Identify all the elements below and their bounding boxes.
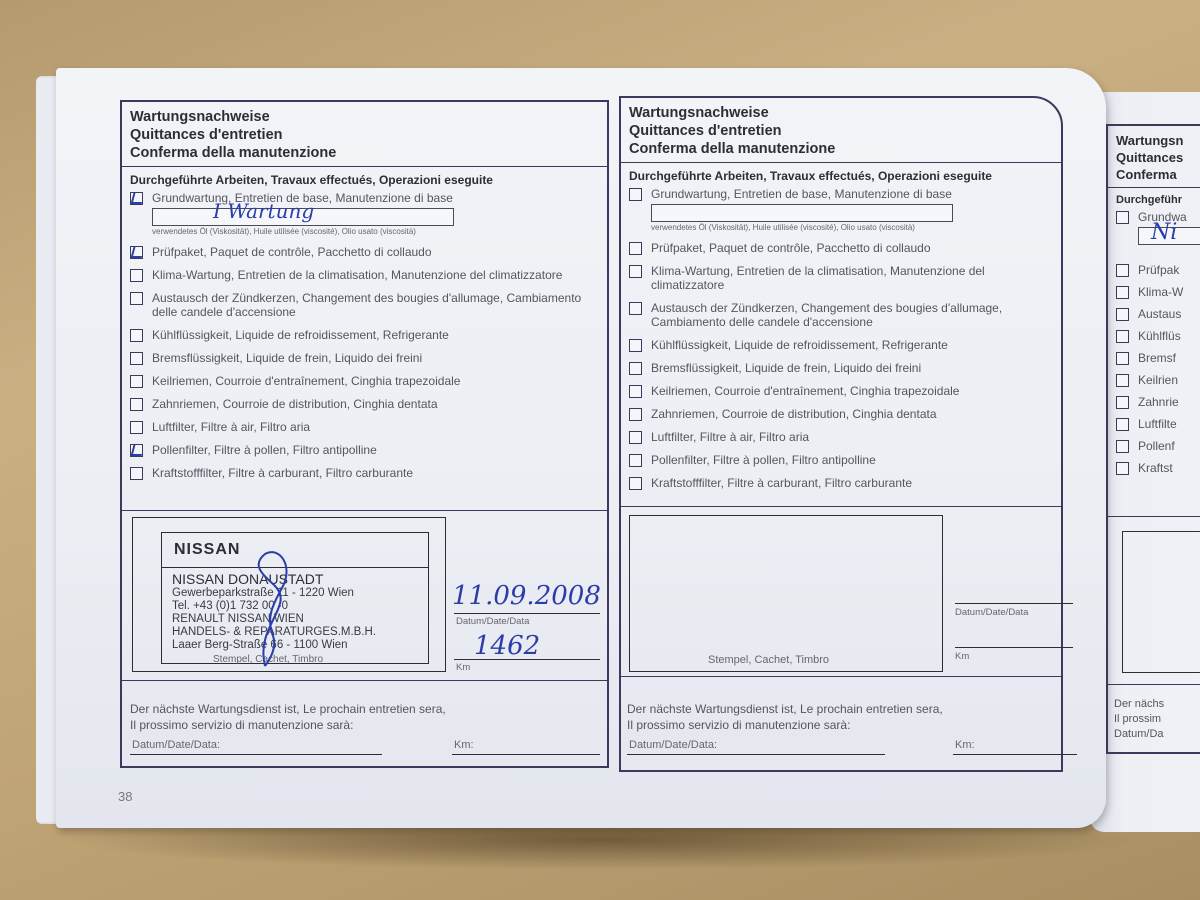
checklist-item-label: Austaus: [1138, 307, 1181, 321]
km-field[interactable]: [955, 647, 1073, 648]
checklist-item: Luftfilte: [1108, 417, 1200, 431]
checkbox[interactable]: [1116, 264, 1129, 277]
checklist-item: Austausch der Zündkerzen, Changement des…: [621, 301, 1061, 329]
checklist-item: Prüfpak: [1108, 263, 1200, 277]
checklist-item-label: Kühlflüssigkeit, Liquide de refroidissem…: [651, 338, 948, 352]
checklist-item: Zahnriemen, Courroie de distribution, Ci…: [122, 397, 607, 411]
km-label: Km: [955, 651, 969, 662]
checklist-item-label: Austausch der Zündkerzen, Changement des…: [152, 291, 599, 319]
stamp-box[interactable]: Stempel, Cachet, Timbro: [629, 515, 943, 672]
checklist-item: Prüfpaket, Paquet de contrôle, Pacchetto…: [621, 241, 1061, 255]
form-title: Wartungsnachweise Quittances d'entretien…: [122, 102, 607, 167]
checklist-item-label: Kraftstofffilter, Filtre à carburant, Fi…: [152, 466, 413, 480]
next-date-label: Datum/Da: [1114, 727, 1164, 742]
title-it: Conferma della manutenzione: [130, 144, 599, 162]
checklist-item: Pollenfilter, Filtre à pollen, Filtro an…: [122, 443, 607, 457]
oil-caption: verwendetes Öl (Viskosität), Huile utili…: [651, 223, 1061, 232]
checklist-item: Kühlflüs: [1108, 329, 1200, 343]
checkbox[interactable]: [629, 188, 642, 201]
section-title: Durchgeführte Arbeiten, Travaux effectué…: [621, 163, 1061, 185]
checklist-item: Keilriemen, Courroie d'entraînement, Cin…: [122, 374, 607, 388]
maintenance-form-right: Wartungsnachweise Quittances d'entretien…: [619, 96, 1063, 772]
service-date-handwritten: 11.09.2008: [452, 581, 601, 611]
checklist-item: Pollenf: [1108, 439, 1200, 453]
next-km-label: Km:: [454, 739, 474, 751]
checklist-item: Luftfilter, Filtre à air, Filtro aria: [621, 430, 1061, 444]
checklist-item: Kraftstofffilter, Filtre à carburant, Fi…: [621, 476, 1061, 490]
form-title: Wartungsnachweise Quittances d'entretien…: [621, 98, 1061, 163]
title-fr: Quittances: [1116, 149, 1200, 166]
checklist-item-label: Luftfilter, Filtre à air, Filtro aria: [651, 430, 809, 444]
oil-viscosity-field[interactable]: Ni: [1138, 227, 1200, 245]
maintenance-form-left: Wartungsnachweise Quittances d'entretien…: [120, 100, 609, 768]
checklist-item-label: Bremsflüssigkeit, Liquide de frein, Liqu…: [651, 361, 921, 375]
checklist: GrundwaNiPrüfpakKlima-WAustausKühlflüsBr…: [1108, 210, 1200, 475]
checklist-item-label: Prüfpaket, Paquet de contrôle, Pacchetto…: [152, 245, 432, 259]
checkbox[interactable]: [629, 454, 642, 467]
checkbox[interactable]: [629, 477, 642, 490]
checklist-item: Kühlflüssigkeit, Liquide de refroidissem…: [621, 338, 1061, 352]
checklist-item-label: Kraftst: [1138, 461, 1173, 475]
mileage-handwritten: 1462: [474, 631, 540, 661]
checklist-item-label: Kühlflüs: [1138, 329, 1181, 343]
checklist-item: Grundwartung, Entretien de base, Manuten…: [621, 187, 1061, 201]
checklist-item: Zahnriemen, Courroie de distribution, Ci…: [621, 407, 1061, 421]
checklist-item-label: Grundwartung, Entretien de base, Manuten…: [651, 187, 952, 201]
title-de: Wartungsn: [1116, 132, 1200, 149]
stamp-box: NISSAN NISSAN DONAUSTADTGewerbeparkstraß…: [132, 517, 446, 672]
checklist-item-label: Keilrien: [1138, 373, 1178, 387]
checklist-item: Luftfilter, Filtre à air, Filtro aria: [122, 420, 607, 434]
stamp-section: [1108, 516, 1200, 685]
checkbox[interactable]: [1116, 440, 1129, 453]
checkbox[interactable]: [130, 375, 143, 388]
checklist-item-label: Luftfilter, Filtre à air, Filtro aria: [152, 420, 310, 434]
stamp-brand: NISSAN: [174, 541, 240, 559]
checkbox[interactable]: [1116, 330, 1129, 343]
next-service-section: Der nächs Il prossim Datum/Da: [1108, 684, 1200, 754]
checklist-item-label: Pollenfilter, Filtre à pollen, Filtro an…: [651, 453, 876, 467]
checkbox[interactable]: [1116, 418, 1129, 431]
date-label: Datum/Date/Data: [955, 607, 1028, 618]
checklist-item: Prüfpaket, Paquet de contrôle, Pacchetto…: [122, 245, 607, 259]
checkbox[interactable]: [130, 329, 143, 342]
checkbox[interactable]: [629, 265, 642, 278]
checkbox[interactable]: [1116, 286, 1129, 299]
next-date-field[interactable]: [130, 754, 382, 755]
oil-viscosity-field[interactable]: [651, 204, 953, 222]
checklist-item-label: Austausch der Zündkerzen, Changement des…: [651, 301, 1053, 329]
title-it: Conferma: [1116, 166, 1200, 183]
next-km-label: Km:: [955, 739, 975, 751]
checklist-item: Pollenfilter, Filtre à pollen, Filtro an…: [621, 453, 1061, 467]
title-it: Conferma della manutenzione: [629, 140, 1053, 158]
title-de: Wartungsnachweise: [130, 108, 599, 126]
page-number: 38: [118, 789, 132, 804]
checklist-item-label: Luftfilte: [1138, 417, 1177, 431]
checklist-item-label: Bremsf: [1138, 351, 1176, 365]
checkbox[interactable]: [1116, 211, 1129, 224]
km-label: Km: [456, 662, 470, 673]
checklist-item-label: Kühlflüssigkeit, Liquide de refroidissem…: [152, 328, 449, 342]
checklist-item: Kraftstofffilter, Filtre à carburant, Fi…: [122, 466, 607, 480]
checklist-item: Bremsf: [1108, 351, 1200, 365]
next-date-label: Datum/Date/Data:: [132, 739, 220, 751]
oil-caption: verwendetes Öl (Viskosität), Huile utili…: [152, 227, 607, 236]
next-date-field[interactable]: [627, 754, 885, 755]
date-field[interactable]: [955, 603, 1073, 604]
oil-handwritten: Ni: [1151, 220, 1177, 245]
next-km-field[interactable]: [953, 754, 1077, 755]
checklist-item-label: Keilriemen, Courroie d'entraînement, Cin…: [152, 374, 460, 388]
stamp-section: Stempel, Cachet, Timbro Datum/Date/Data …: [621, 506, 1061, 677]
checklist-item: Zahnrie: [1108, 395, 1200, 409]
checklist-item-label: Prüfpaket, Paquet de contrôle, Pacchetto…: [651, 241, 931, 255]
date-label: Datum/Date/Data: [456, 616, 529, 627]
checklist-item: Keilriemen, Courroie d'entraînement, Cin…: [621, 384, 1061, 398]
checklist-item: Bremsflüssigkeit, Liquide de frein, Liqu…: [122, 351, 607, 365]
checkbox[interactable]: [1116, 462, 1129, 475]
checkbox[interactable]: [130, 421, 143, 434]
title-fr: Quittances d'entretien: [130, 126, 599, 144]
section-title: Durchgeführ: [1108, 188, 1200, 208]
next-service-section: Der nächste Wartungsdienst ist, Le proch…: [621, 676, 1061, 773]
signature-icon: [245, 546, 305, 676]
stamp-section: NISSAN NISSAN DONAUSTADTGewerbeparkstraß…: [122, 510, 607, 681]
next-service-text-2: Il prossimo servizio di manutenzione sar…: [627, 717, 943, 733]
checkbox[interactable]: [1116, 352, 1129, 365]
section-title: Durchgeführte Arbeiten, Travaux effectué…: [122, 167, 607, 189]
checklist-item: Grundwartung, Entretien de base, Manuten…: [122, 191, 607, 205]
checklist-item-label: Zahnrie: [1138, 395, 1179, 409]
checklist-item: Bremsflüssigkeit, Liquide de frein, Liqu…: [621, 361, 1061, 375]
oil-handwritten: I Wartung: [213, 199, 314, 223]
checklist-item: Keilrien: [1108, 373, 1200, 387]
checkbox[interactable]: [130, 246, 143, 259]
checkbox[interactable]: [1116, 396, 1129, 409]
checklist-item: Klima-W: [1108, 285, 1200, 299]
checklist-item-label: Prüfpak: [1138, 263, 1179, 277]
checkbox[interactable]: [130, 352, 143, 365]
checklist-item: Kraftst: [1108, 461, 1200, 475]
checklist-item: Austausch der Zündkerzen, Changement des…: [122, 291, 607, 319]
next-service-text-1: Der nächste Wartungsdienst ist, Le proch…: [627, 701, 943, 717]
checkbox[interactable]: [130, 292, 143, 305]
checkbox[interactable]: [1116, 308, 1129, 321]
next-service-text-1: Der nächste Wartungsdienst ist, Le proch…: [130, 701, 446, 717]
title-de: Wartungsnachweise: [629, 104, 1053, 122]
checkbox[interactable]: [130, 398, 143, 411]
stamp-box: [1122, 531, 1200, 673]
checkbox[interactable]: [629, 431, 642, 444]
checkbox[interactable]: [130, 269, 143, 282]
checklist-item: Austaus: [1108, 307, 1200, 321]
checklist-item-label: Klima-W: [1138, 285, 1183, 299]
checklist-item-label: Zahnriemen, Courroie de distribution, Ci…: [651, 407, 937, 421]
checklist-item-label: Pollenfilter, Filtre à pollen, Filtro an…: [152, 443, 377, 457]
next-km-field[interactable]: [452, 754, 600, 755]
checkbox[interactable]: [629, 242, 642, 255]
checklist-item-label: Keilriemen, Courroie d'entraînement, Cin…: [651, 384, 959, 398]
form-title: Wartungsn Quittances Conferma: [1108, 126, 1200, 188]
checklist-item: Klima-Wartung, Entretien de la climatisa…: [621, 264, 1061, 292]
checkbox[interactable]: [629, 339, 642, 352]
checkbox[interactable]: [629, 408, 642, 421]
checklist-item-label: Pollenf: [1138, 439, 1175, 453]
checklist-item-label: Kraftstofffilter, Filtre à carburant, Fi…: [651, 476, 912, 490]
checkbox[interactable]: [130, 192, 143, 205]
checklist-item-label: Klima-Wartung, Entretien de la climatisa…: [152, 268, 562, 282]
next-service-text-2: Il prossimo servizio di manutenzione sar…: [130, 717, 446, 733]
title-fr: Quittances d'entretien: [629, 122, 1053, 140]
checkbox[interactable]: [130, 444, 143, 457]
checkbox[interactable]: [1116, 374, 1129, 387]
checklist: Grundwartung, Entretien de base, Manuten…: [621, 187, 1061, 490]
oil-viscosity-field[interactable]: I Wartung: [152, 208, 454, 226]
stamp-caption: Stempel, Cachet, Timbro: [708, 654, 829, 666]
checklist-item-label: Klima-Wartung, Entretien de la climatisa…: [651, 264, 1053, 292]
checkbox[interactable]: [629, 385, 642, 398]
checklist-item-label: Zahnriemen, Courroie de distribution, Ci…: [152, 397, 438, 411]
checkbox[interactable]: [130, 467, 143, 480]
checklist: Grundwartung, Entretien de base, Manuten…: [122, 191, 607, 480]
next-service-text-1: Der nächs: [1114, 697, 1164, 712]
next-service-section: Der nächste Wartungsdienst ist, Le proch…: [122, 680, 607, 769]
maintenance-form-partial: Wartungsn Quittances Conferma Durchgefüh…: [1106, 124, 1200, 754]
checkbox[interactable]: [629, 362, 642, 375]
next-service-text-2: Il prossim: [1114, 712, 1164, 727]
checklist-item: Klima-Wartung, Entretien de la climatisa…: [122, 268, 607, 282]
next-date-label: Datum/Date/Data:: [629, 739, 717, 751]
checkbox[interactable]: [629, 302, 642, 315]
checklist-item-label: Bremsflüssigkeit, Liquide de frein, Liqu…: [152, 351, 422, 365]
checklist-item: Kühlflüssigkeit, Liquide de refroidissem…: [122, 328, 607, 342]
